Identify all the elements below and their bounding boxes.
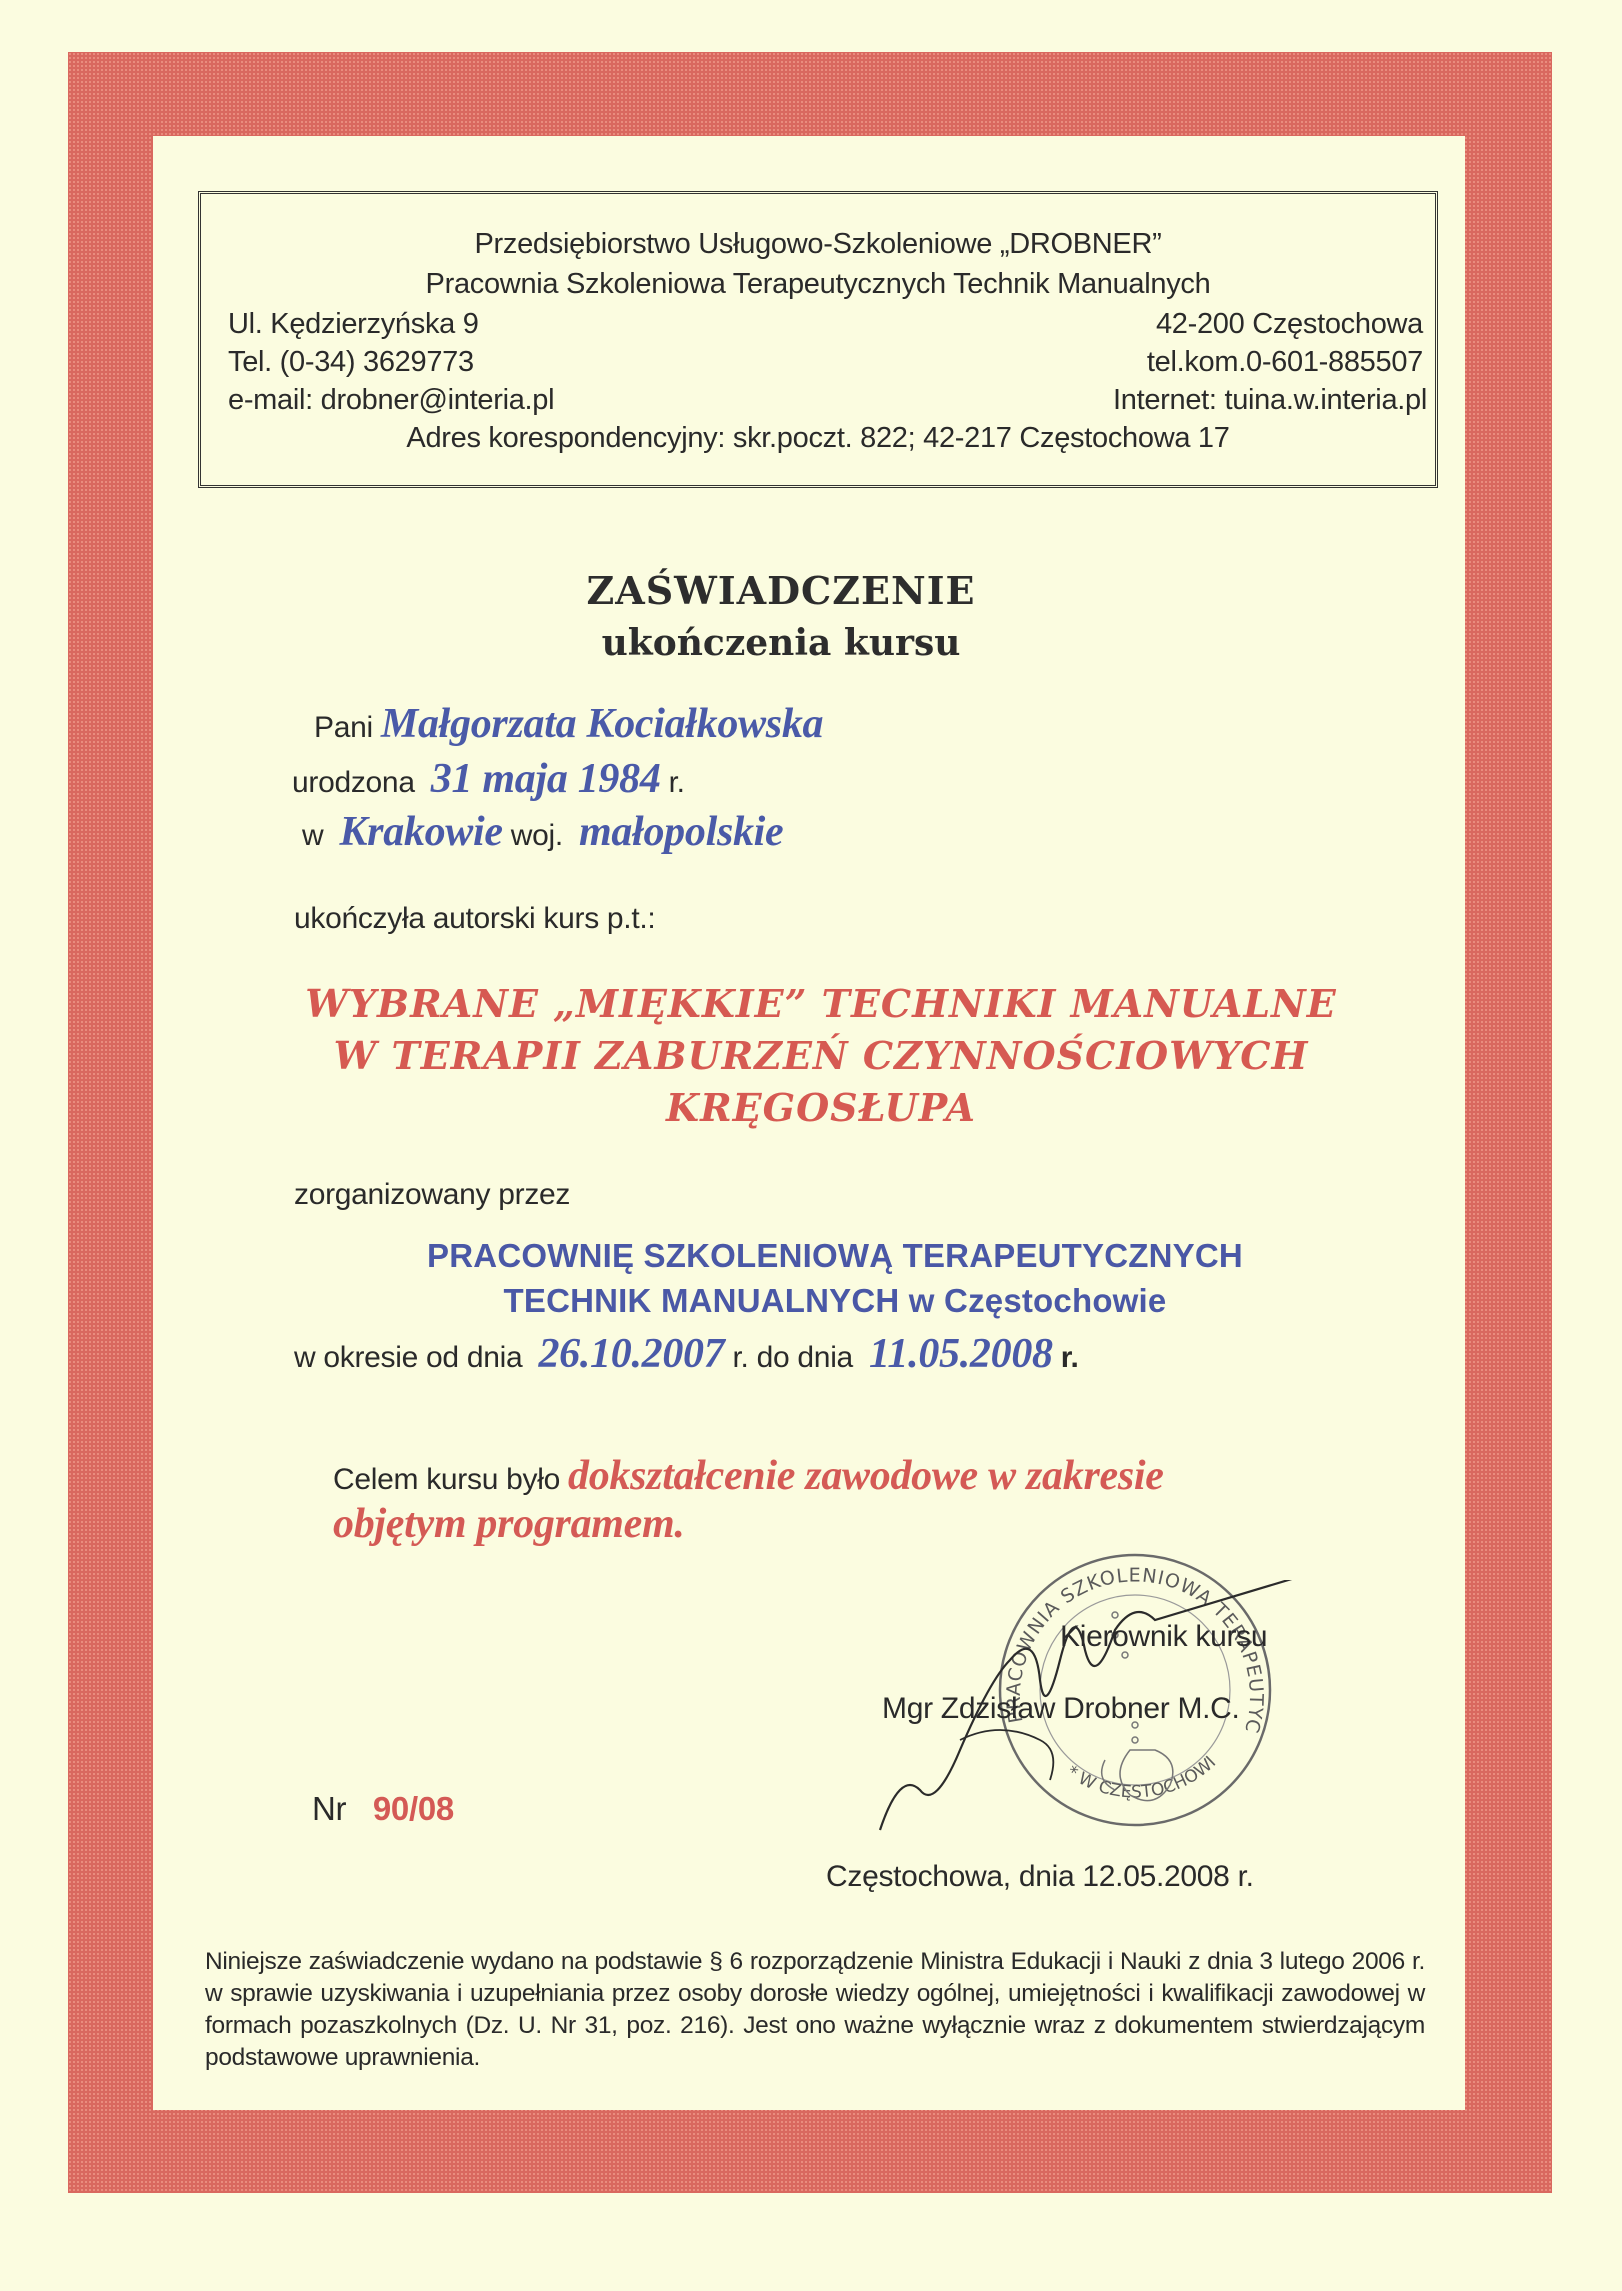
course-title-line-2: W TERAPII ZABURZEŃ CZYNNOŚCIOWYCH: [20, 1030, 1622, 1082]
street-address: Ul. Kędzierzyńska 9: [228, 308, 479, 341]
mobile-number: tel.kom.0-601-885507: [1147, 346, 1423, 379]
legal-notice: Niniejsze zaświadczenie wydano na podsta…: [205, 1946, 1425, 2074]
city-postcode: 42-200 Częstochowa: [1156, 308, 1423, 341]
province: małopolskie: [579, 809, 783, 855]
birth-date: 31 maja 1984: [431, 756, 661, 802]
course-intro: ukończyła autorski kurs p.t.:: [294, 902, 655, 936]
workshop-name: Pracownia Szkoleniowa Terapeutycznych Te…: [201, 268, 1435, 301]
end-suffix: r.: [1061, 1341, 1079, 1374]
issue-place-date: Częstochowa, dnia 12.05.2008 r.: [826, 1860, 1254, 1894]
goal-line-2: objętym programem.: [333, 1500, 685, 1548]
course-title-line-3: KRĘGOSŁUPA: [20, 1082, 1622, 1134]
goal-label: Celem kursu było: [333, 1463, 560, 1496]
salutation: Pani: [314, 711, 373, 744]
birth-date-line: urodzona 31 maja 1984 r.: [292, 755, 685, 803]
signature-role: Kierownik kursu: [1060, 1620, 1267, 1654]
letterhead-box: Przedsiębiorstwo Usługowo-Szkoleniowe „D…: [198, 191, 1438, 488]
recipient-line: Pani Małgorzata Kociałkowska: [314, 700, 823, 748]
birth-place-line: w Krakowie woj. małopolskie: [302, 808, 783, 856]
period-label: w okresie od dnia: [294, 1341, 522, 1374]
goal-text-1: dokształcenie zawodowe w zakresie: [568, 1453, 1164, 1499]
phone-number: Tel. (0-34) 3629773: [228, 346, 474, 379]
province-label: woj.: [511, 819, 563, 852]
number-value: 90/08: [373, 1790, 454, 1827]
place-prefix: w: [302, 819, 323, 852]
course-period-line: w okresie od dnia 26.10.2007 r. do dnia …: [294, 1330, 1079, 1378]
born-label: urodzona: [292, 766, 415, 799]
recipient-name: Małgorzata Kociałkowska: [381, 701, 823, 747]
signer-name: Mgr Zdzisław Drobner M.C.: [882, 1692, 1240, 1726]
end-date: 11.05.2008: [869, 1331, 1053, 1377]
period-mid-label: r. do dnia: [733, 1341, 853, 1374]
certificate-number: Nr 90/08: [312, 1790, 454, 1828]
goal-line-1: Celem kursu było dokształcenie zawodowe …: [333, 1452, 1164, 1500]
number-label: Nr: [312, 1790, 346, 1827]
correspondence-address: Adres korespondencyjny: skr.poczt. 822; …: [201, 422, 1435, 455]
goal-text-2: objętym programem.: [333, 1501, 685, 1547]
year-suffix: r.: [669, 766, 685, 799]
organizer-line-2: TECHNIK MANUALNYCH w Częstochowie: [48, 1279, 1622, 1323]
course-title-line-1: WYBRANE „MIĘKKIE” TECHNIKI MANUALNE: [20, 978, 1622, 1030]
certificate-subtitle: ukończenia kursu: [0, 622, 1622, 664]
company-name: Przedsiębiorstwo Usługowo-Szkoleniowe „D…: [201, 228, 1435, 261]
birth-place: Krakowie: [339, 809, 502, 855]
organized-by-label: zorganizowany przez: [294, 1178, 570, 1212]
website: Internet: tuina.w.interia.pl: [1113, 384, 1427, 417]
start-date: 26.10.2007: [538, 1331, 724, 1377]
certificate-title: ZAŚWIADCZENIE: [0, 568, 1622, 613]
organizer-line-1: PRACOWNIĘ SZKOLENIOWĄ TERAPEUTYCZNYCH: [48, 1234, 1622, 1278]
email-address: e-mail: drobner@interia.pl: [228, 384, 554, 417]
